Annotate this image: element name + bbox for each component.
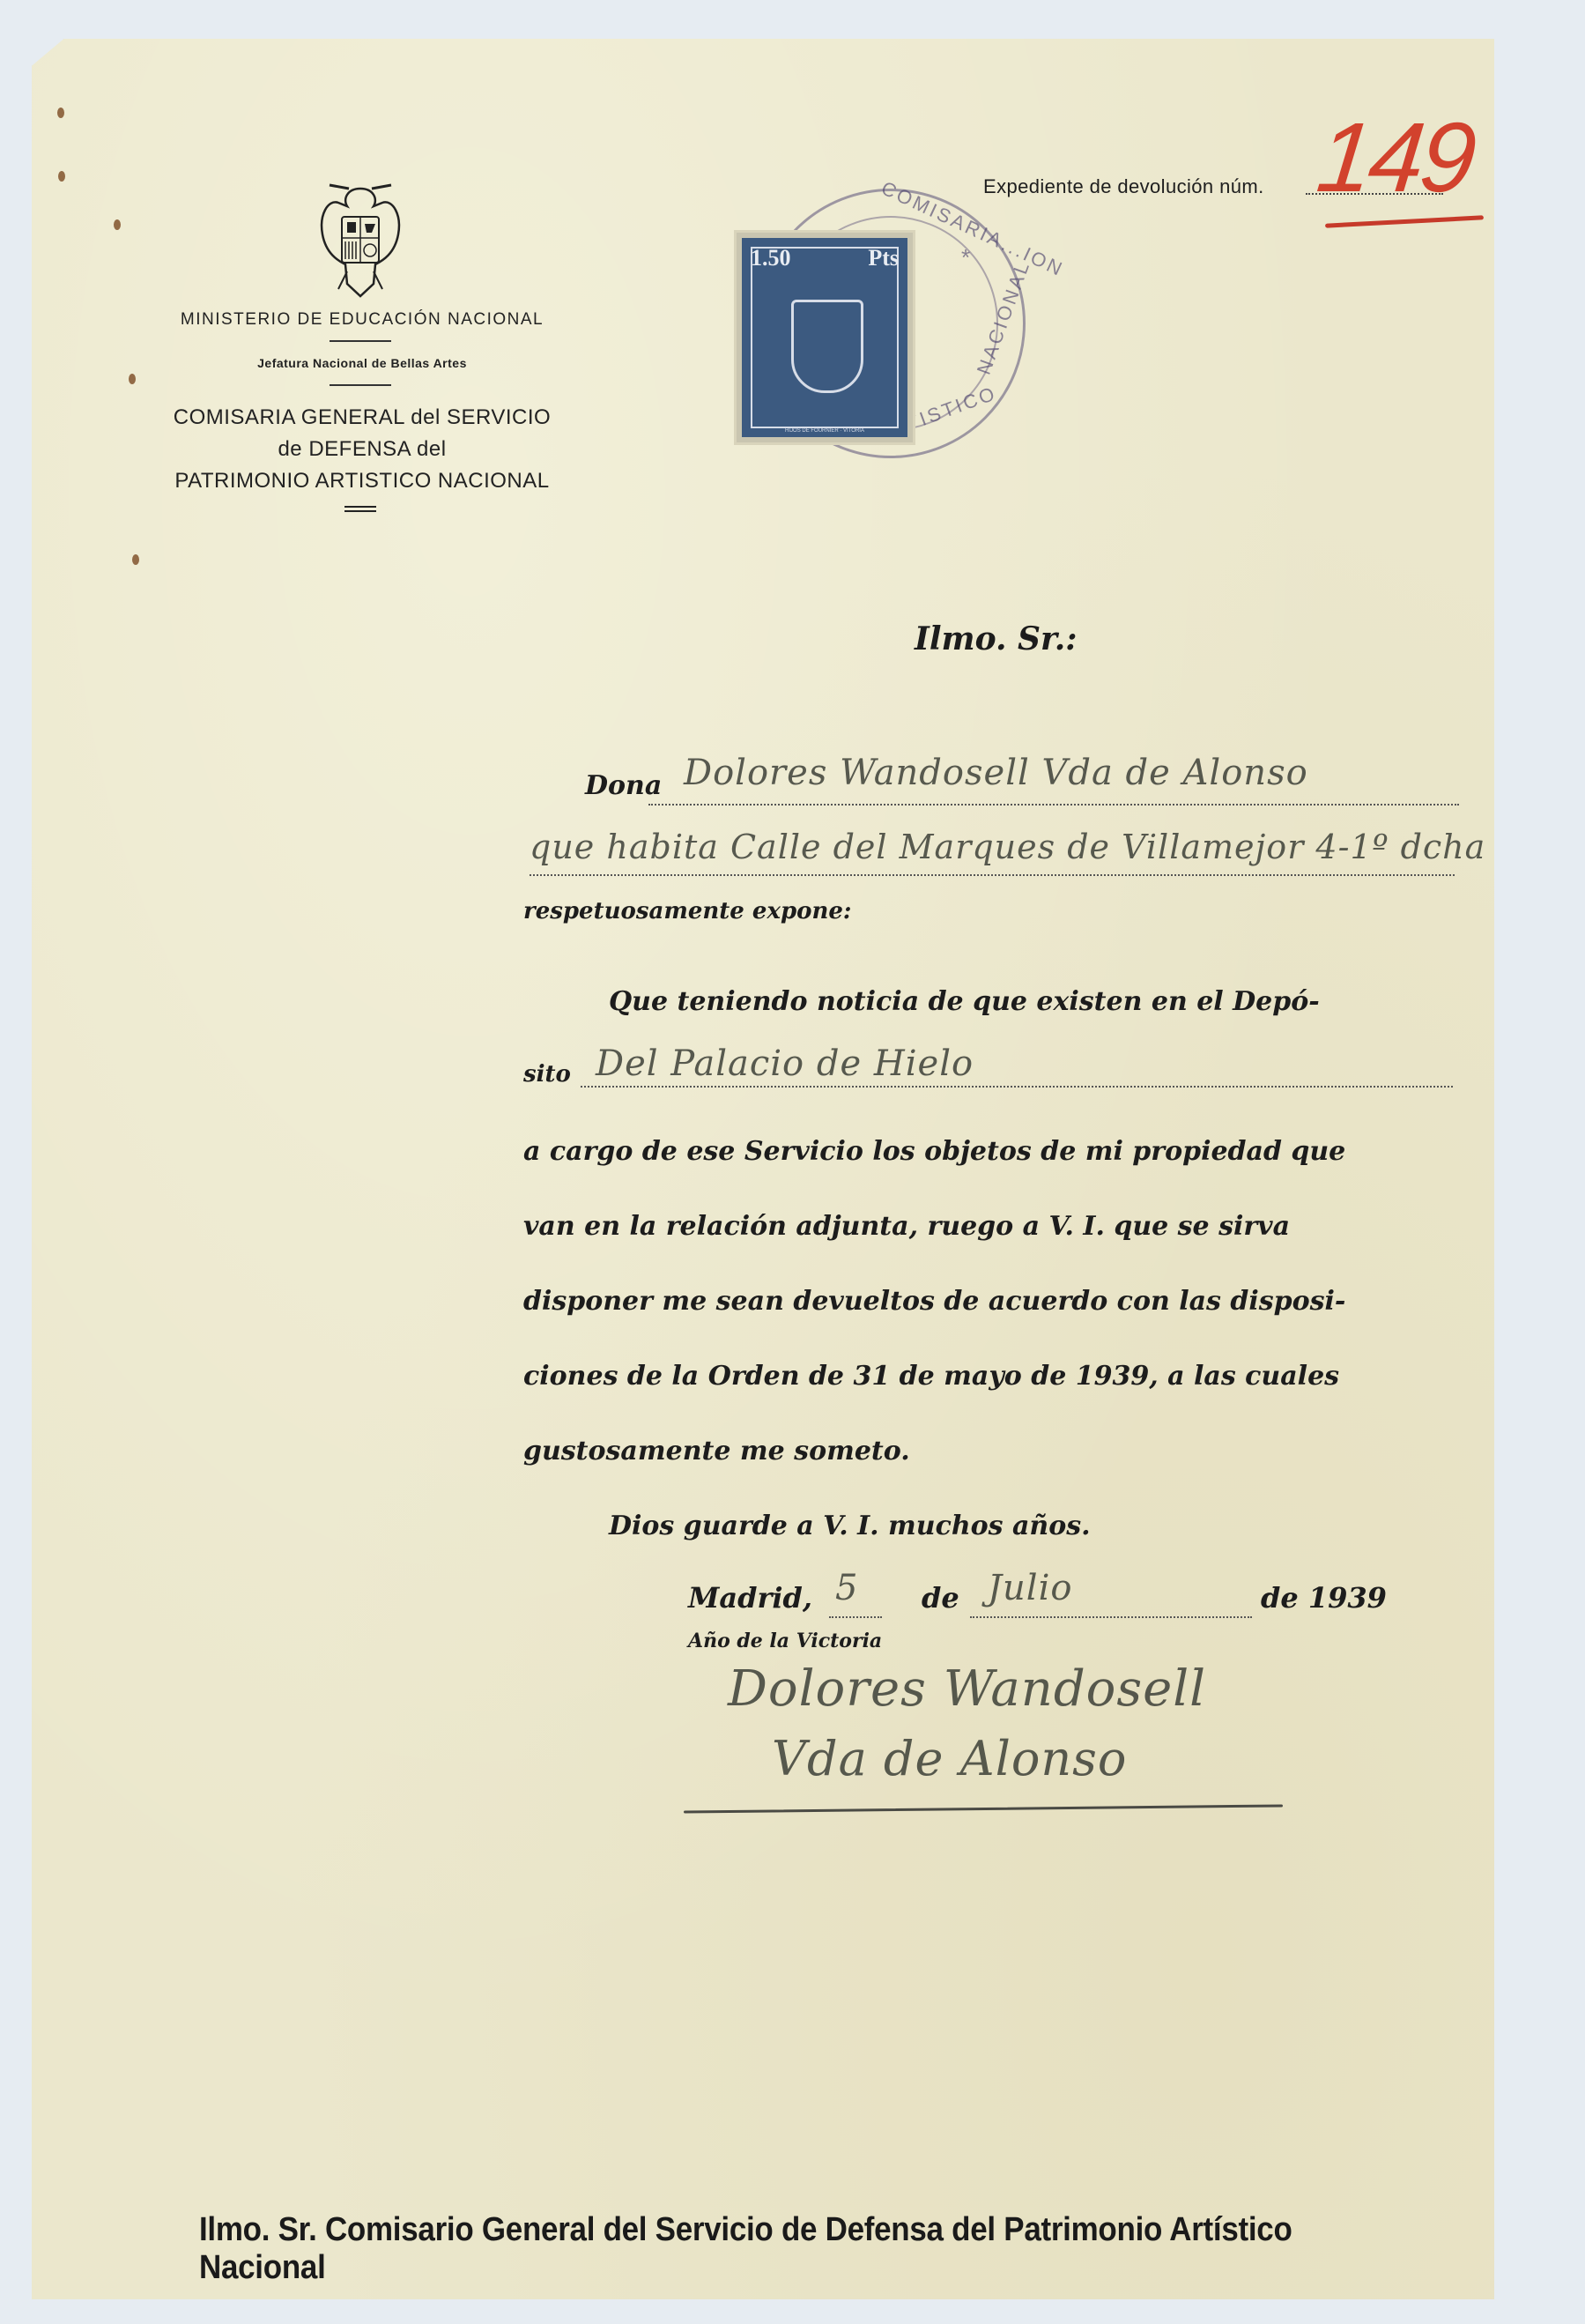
body-line-9: ciones de la Orden de 31 de mayo de 1939…	[523, 1361, 1339, 1392]
date-year: de 1939	[1261, 1581, 1387, 1615]
signature-line-2: Vda de Alonso	[772, 1731, 1127, 1786]
era-label: Año de la Victoria	[688, 1630, 882, 1652]
file-number-label: Expediente de devolución núm.	[983, 175, 1264, 198]
date-de: de	[922, 1581, 959, 1615]
handwritten-day: 5	[835, 1568, 858, 1608]
body-line-3: respetuosamente expone:	[523, 898, 852, 924]
rust-mark	[114, 219, 121, 230]
body-line-7: van en la relación adjunta, ruego a V. I…	[523, 1211, 1290, 1242]
body-line-6: a cargo de ese Servicio los objetos de m…	[523, 1136, 1345, 1167]
signature-line-1: Dolores Wandosell	[728, 1660, 1206, 1718]
ministry-name: MINISTERIO DE EDUCACIÓN NACIONAL	[164, 310, 560, 330]
address-field	[530, 874, 1455, 876]
salutation: Ilmo. Sr.:	[915, 620, 1078, 657]
line1-prefix: Dona	[585, 770, 662, 801]
signature-flourish	[684, 1804, 1283, 1813]
rust-mark	[58, 171, 65, 182]
commission-line-3: PATRIMONIO ARTISTICO NACIONAL	[159, 465, 565, 497]
fiscal-stamp: 1.50 Pts HIJOS DE FOURNIER · VITORIA	[737, 233, 913, 442]
line5-prefix: sito	[523, 1061, 571, 1088]
rust-mark	[57, 108, 64, 118]
commission-line-2: de DEFENSA del	[159, 434, 565, 465]
file-number-underline	[1325, 215, 1484, 227]
body-line-10: gustosamente me someto.	[523, 1436, 910, 1466]
seal-star-icon: *	[961, 244, 973, 271]
divider	[330, 340, 391, 342]
month-field	[970, 1616, 1252, 1618]
divider	[330, 384, 391, 386]
stamp-printer: HIJOS DE FOURNIER · VITORIA	[742, 428, 907, 434]
date-city: Madrid,	[688, 1581, 812, 1615]
closing-line: Dios guarde a V. I. muchos años.	[609, 1511, 1091, 1541]
handwritten-name: Dolores Wandosell Vda de Alonso	[684, 753, 1308, 793]
name-field	[648, 804, 1459, 806]
handwritten-month: Julio	[988, 1568, 1072, 1608]
double-rule	[344, 506, 376, 512]
stamp-currency: Pts	[868, 245, 899, 271]
department-name: Jefatura Nacional de Bellas Artes	[164, 356, 560, 370]
deposit-field	[581, 1086, 1453, 1088]
rust-mark	[129, 374, 136, 384]
body-line-8: disponer me sean devueltos de acuerdo co…	[523, 1286, 1345, 1317]
stamp-shield-icon	[791, 300, 863, 393]
coat-of-arms-icon	[312, 180, 409, 303]
addressee-footer: Ilmo. Sr. Comisario General del Servicio…	[199, 2211, 1367, 2287]
day-field	[829, 1616, 882, 1618]
document-sheet: MINISTERIO DE EDUCACIÓN NACIONAL Jefatur…	[32, 39, 1494, 2299]
commission-line-1: COMISARIA GENERAL del SERVICIO	[159, 402, 565, 434]
commission-name: COMISARIA GENERAL del SERVICIO de DEFENS…	[159, 402, 565, 497]
file-number-value: 149	[1312, 100, 1478, 214]
handwritten-address: que habita Calle del Marques de Villamej…	[530, 828, 1485, 866]
handwritten-deposit: Del Palacio de Hielo	[596, 1043, 974, 1084]
rust-mark	[132, 554, 139, 565]
body-line-4: Que teniendo noticia de que existen en e…	[609, 986, 1320, 1017]
stamp-value: 1.50	[751, 245, 791, 271]
